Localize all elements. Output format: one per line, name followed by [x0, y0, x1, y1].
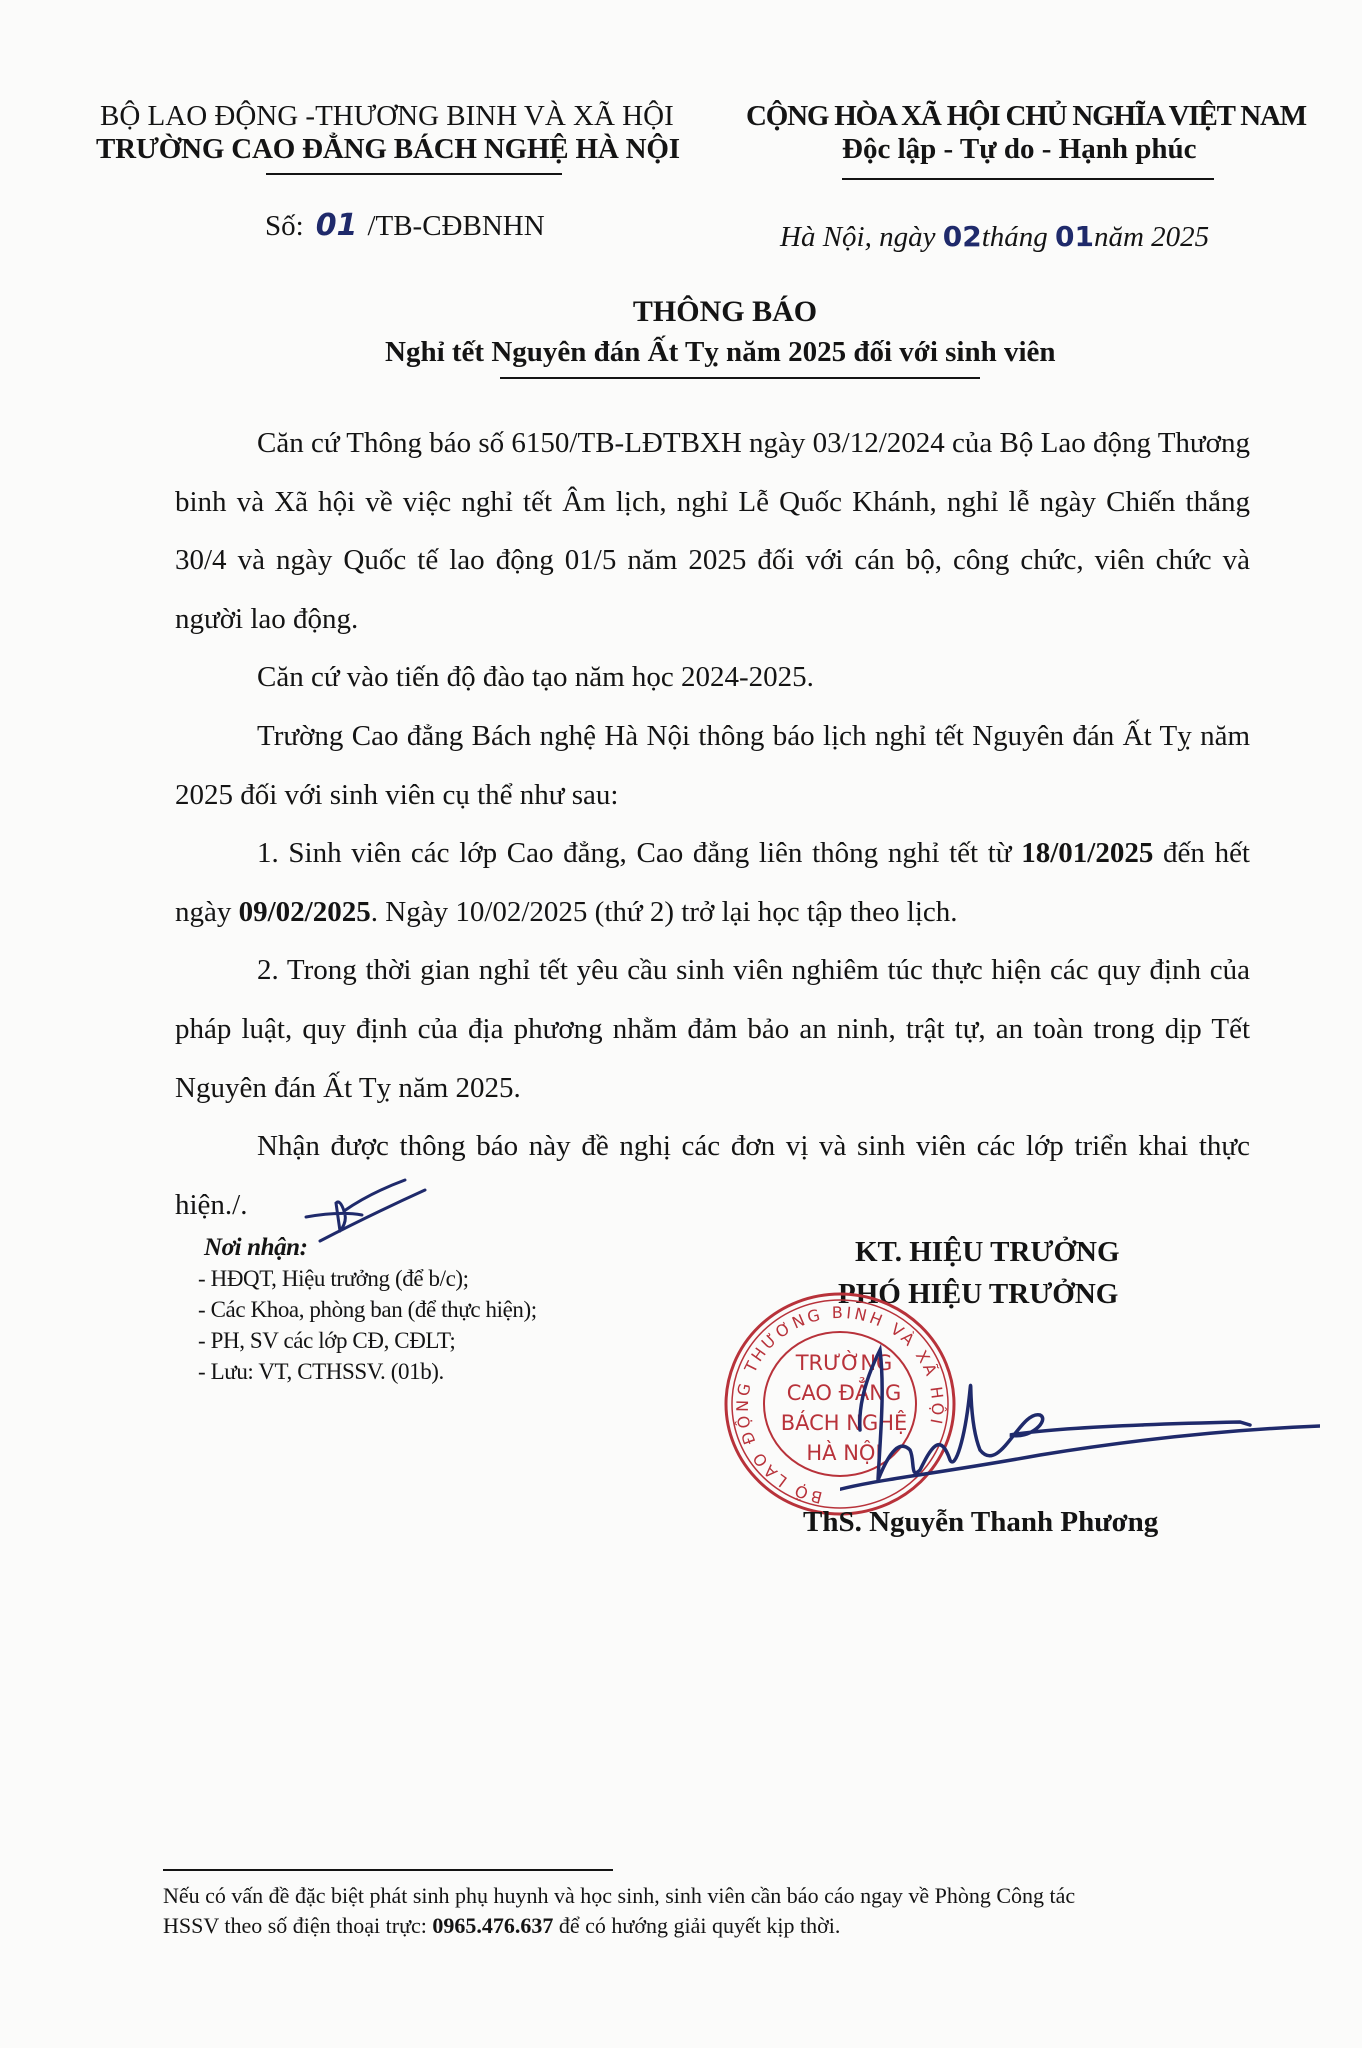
- recipient-item: - Các Khoa, phòng ban (để thực hiện);: [198, 1294, 537, 1325]
- subtitle-underline: [500, 377, 980, 379]
- recipients-list: Nơi nhận: - HĐQT, Hiệu trưởng (để b/c); …: [198, 1232, 537, 1387]
- paragraph-legal-basis: Căn cứ Thông báo số 6150/TB-LĐTBXH ngày …: [175, 414, 1250, 648]
- notice-body: Căn cứ Thông báo số 6150/TB-LĐTBXH ngày …: [175, 414, 1250, 1234]
- footnote-line2-prefix: HSSV theo số điện thoại trực:: [163, 1913, 432, 1938]
- notice-subtitle: Nghỉ tết Nguyên đán Ất Tỵ năm 2025 đối v…: [385, 336, 1056, 369]
- recipients-heading: Nơi nhận:: [204, 1232, 537, 1263]
- item1-tail: . Ngày 10/02/2025 (thứ 2) trở lại học tậ…: [371, 896, 958, 928]
- date-day-handwritten: 02: [943, 220, 982, 253]
- footnote: Nếu có vấn đề đặc biệt phát sinh phụ huy…: [163, 1881, 1263, 1941]
- doc-number-suffix: /TB-CĐBNHN: [367, 210, 544, 242]
- footnote-line2-suffix: để có hướng giải quyết kịp thời.: [553, 1913, 840, 1938]
- recipient-item: - PH, SV các lớp CĐ, CĐLT;: [198, 1325, 537, 1356]
- doc-number-prefix: Số:: [265, 210, 304, 242]
- signer-authority: KT. HIỆU TRƯỞNG: [855, 1236, 1120, 1269]
- notice-title: THÔNG BÁO: [0, 295, 1362, 329]
- footnote-line-1: Nếu có vấn đề đặc biệt phát sinh phụ huy…: [163, 1881, 1263, 1911]
- date-place: Hà Nội, ngày: [780, 221, 935, 253]
- recipient-item: - HĐQT, Hiệu trưởng (để b/c);: [198, 1263, 537, 1294]
- recipient-item: - Lưu: VT, CTHSSV. (01b).: [198, 1356, 537, 1387]
- date-month-label: tháng: [982, 221, 1048, 253]
- signer-name: ThS. Nguyễn Thanh Phương: [803, 1506, 1158, 1539]
- doc-number-handwritten: 01: [316, 208, 358, 243]
- school-name-underline: [266, 173, 562, 175]
- country-name: CỘNG HÒA XÃ HỘI CHỦ NGHĨA VIỆT NAM: [746, 100, 1306, 133]
- date-year: năm 2025: [1094, 221, 1209, 253]
- paragraph-announcement: Trường Cao đẳng Bách nghệ Hà Nội thông b…: [175, 707, 1250, 824]
- school-name: TRƯỜNG CAO ĐẲNG BÁCH NGHỆ HÀ NỘI: [96, 133, 680, 166]
- date-month-handwritten: 01: [1055, 220, 1094, 253]
- paragraph-item-2: 2. Trong thời gian nghỉ tết yêu cầu sinh…: [175, 941, 1250, 1117]
- handwritten-signature-icon: [840, 1330, 1320, 1510]
- holiday-start-date: 18/01/2025: [1021, 837, 1153, 869]
- national-motto: Độc lập - Tự do - Hạnh phúc: [842, 133, 1197, 166]
- paragraph-item-1: 1. Sinh viên các lớp Cao đẳng, Cao đẳng …: [175, 824, 1250, 941]
- footnote-separator: [163, 1869, 613, 1871]
- paragraph-training-schedule: Căn cứ vào tiến độ đào tạo năm học 2024-…: [175, 648, 1250, 707]
- date-line: Hà Nội, ngày 02tháng 01năm 2025: [780, 220, 1209, 254]
- motto-underline: [842, 178, 1214, 180]
- footnote-line-2: HSSV theo số điện thoại trực: 0965.476.6…: [163, 1911, 1263, 1941]
- hotline-number: 0965.476.637: [432, 1913, 553, 1938]
- item1-lead: 1. Sinh viên các lớp Cao đẳng, Cao đẳng …: [257, 837, 1021, 869]
- holiday-end-date: 09/02/2025: [239, 896, 371, 928]
- ministry-name: BỘ LAO ĐỘNG -THƯƠNG BINH VÀ XÃ HỘI: [100, 100, 674, 133]
- document-number: Số:01/TB-CĐBNHN: [265, 208, 545, 243]
